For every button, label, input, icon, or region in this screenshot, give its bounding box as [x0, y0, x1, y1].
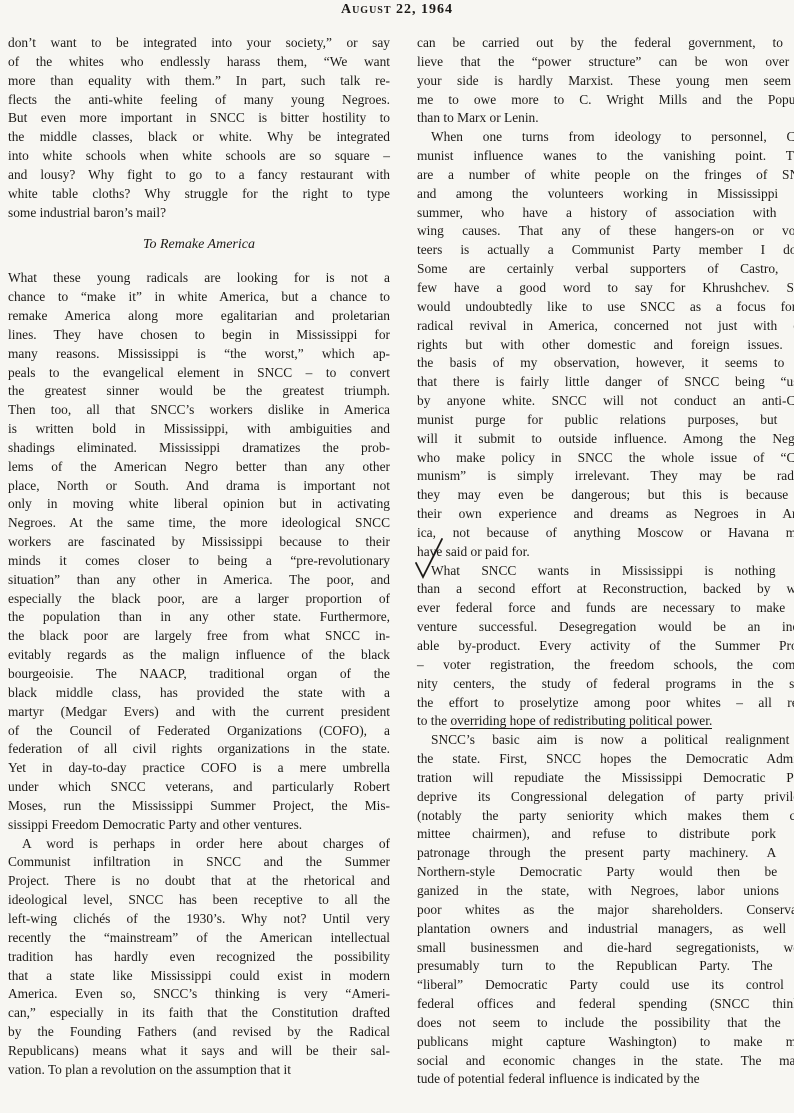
text-line: “liberal” Democratic Party could use its…: [417, 976, 794, 995]
text-line: few have a good word to say for Khrushch…: [417, 279, 794, 298]
text-line: remake America along more egalitarian an…: [8, 307, 390, 326]
text-line: peals to the evangelical element in SNCC…: [8, 364, 390, 383]
text-line: of the Council of Federated Organization…: [8, 722, 390, 741]
paragraph: What these young radicals are looking fo…: [8, 269, 390, 834]
text-line: social and economic changes in the state…: [417, 1052, 794, 1071]
text-line: they may even be dangerous; but this is …: [417, 486, 794, 505]
text-line: does not seem to include the possibility…: [417, 1014, 794, 1033]
text-line: vation. To plan a revolution on the assu…: [8, 1061, 390, 1080]
text-line: than a second effort at Reconstruction, …: [417, 580, 794, 599]
handwritten-check-mark-icon: [414, 537, 444, 579]
text-line: shadings eliminated. Mississippi dramati…: [8, 439, 390, 458]
text-line: white table cloths? Why struggle for the…: [8, 185, 390, 204]
text-line: martyr (Medgar Evers) and with the curre…: [8, 703, 390, 722]
text-line: What these young radicals are looking fo…: [8, 269, 390, 288]
text-line: will it submit to outside influence. Amo…: [417, 430, 794, 449]
text-line: is written bold in Mississippi, with amb…: [8, 420, 390, 439]
text-line: presumably turn to the Republican Party.…: [417, 957, 794, 976]
paragraph: A word is perhaps in order here about ch…: [8, 835, 390, 1080]
text-line: Yet in day-to-day practice COFO is a mer…: [8, 759, 390, 778]
text-line: can be carried out by the federal govern…: [417, 34, 794, 53]
text-line: many reasons. Mississippi is “the worst,…: [8, 345, 390, 364]
text-line: situation” than any other in America. Th…: [8, 571, 390, 590]
text-line: minds it comes closer to being a “pre-re…: [8, 552, 390, 571]
text-line: and lousy? Why fight to go to a fancy re…: [8, 166, 390, 185]
text-line: What SNCC wants in Mississippi is nothin…: [417, 562, 794, 581]
text-line: the effort to proselytize among poor whi…: [417, 694, 794, 713]
text-line: the population than in any other state. …: [8, 608, 390, 627]
text-line: When one turns from ideology to personne…: [417, 128, 794, 147]
text-line: have said or paid for.: [417, 543, 794, 562]
text-line: some industrial baron’s mail?: [8, 204, 390, 223]
text-line: small businessmen and die-hard segregati…: [417, 939, 794, 958]
text-line: Communist infiltration in SNCC and the S…: [8, 853, 390, 872]
text-line: only in moving white liberal opinion but…: [8, 495, 390, 514]
text-line: can,” especially in its faith that the C…: [8, 1004, 390, 1023]
text-line: deprive its Congressional delegation of …: [417, 788, 794, 807]
text-line: tradition has hardly even recognized the…: [8, 948, 390, 967]
text-line: sissippi Freedom Democratic Party and ot…: [8, 816, 390, 835]
text-line: Northern-style Democratic Party would th…: [417, 863, 794, 882]
text-line: flects the anti-white feeling of many yo…: [8, 91, 390, 110]
text-line: ideological level, SNCC has been recepti…: [8, 891, 390, 910]
text-line: poor whites as the major shareholders. C…: [417, 901, 794, 920]
text-line: your side is hardly Marxist. These young…: [417, 72, 794, 91]
text-line: tration will repudiate the Mississippi D…: [417, 769, 794, 788]
text-line: the black poor are largely free from wha…: [8, 627, 390, 646]
text-line: who make policy in SNCC the whole issue …: [417, 449, 794, 468]
text-line: America. Even so, SNCC’s thinking is ver…: [8, 985, 390, 1004]
text-line: ica, not because of anything Moscow or H…: [417, 524, 794, 543]
paragraph: When one turns from ideology to personne…: [417, 128, 794, 561]
text-line: Then too, all that SNCC’s workers dislik…: [8, 401, 390, 420]
text-line: workers are fascinated by Mississippi be…: [8, 533, 390, 552]
text-line: Some are certainly verbal supporters of …: [417, 260, 794, 279]
text-line: federation of all civil rights organizat…: [8, 740, 390, 759]
text-line: place, North or South. And drama is impo…: [8, 477, 390, 496]
text-line: to the overriding hope of redistributing…: [417, 712, 794, 731]
text-line: rights but with other domestic and forei…: [417, 336, 794, 355]
text-line: mittee chairmen), and refuse to distribu…: [417, 825, 794, 844]
text-line: Project. There is no doubt that at the r…: [8, 872, 390, 891]
paragraph: can be carried out by the federal govern…: [417, 34, 794, 128]
text-line: venture successful. Desegregation would …: [417, 618, 794, 637]
text-line: lems of the American Negro better than a…: [8, 458, 390, 477]
text-line: than to Marx or Lenin.: [417, 109, 794, 128]
text-line: munist influence wanes to the vanishing …: [417, 147, 794, 166]
underlined-text: overriding hope of redistributing politi…: [450, 713, 712, 729]
text-line: are a number of white people on the frin…: [417, 166, 794, 185]
paragraph: SNCC’s basic aim is now a political real…: [417, 731, 794, 1089]
running-head: August 22, 1964: [0, 2, 794, 18]
text-line: radical revival in America, concerned no…: [417, 317, 794, 336]
text-line: A word is perhaps in order here about ch…: [8, 835, 390, 854]
text-line: munism” is simply irrelevant. They may b…: [417, 467, 794, 486]
text-line: (notably the party seniority which makes…: [417, 807, 794, 826]
text-line: of the whites who endlessly harass them,…: [8, 53, 390, 72]
text-line: publicans might capture Washington) to m…: [417, 1033, 794, 1052]
text-line: Republicans) means what it says and will…: [8, 1042, 390, 1061]
text-line: me to owe more to C. Wright Mills and th…: [417, 91, 794, 110]
text-line: But even more important in SNCC is bitte…: [8, 109, 390, 128]
text-line: don’t want to be integrated into your so…: [8, 34, 390, 53]
text-line: and among the volunteers working in Miss…: [417, 185, 794, 204]
text-line: that there is fairly little danger of SN…: [417, 373, 794, 392]
text-line: summer, who have a history of associatio…: [417, 204, 794, 223]
text-line: SNCC’s basic aim is now a political real…: [417, 731, 794, 750]
text-line: – voter registration, the freedom school…: [417, 656, 794, 675]
section-subheading: To Remake America: [8, 236, 390, 255]
text-line: plantation owners and industrial manager…: [417, 920, 794, 939]
text-line: the state. First, SNCC hopes the Democra…: [417, 750, 794, 769]
text-line: munist purge for public relations purpos…: [417, 411, 794, 430]
text-line: by anyone white. SNCC will not conduct a…: [417, 392, 794, 411]
text-line: especially the black poor, are a larger …: [8, 590, 390, 609]
text-line: more than equality with them.” In part, …: [8, 72, 390, 91]
text-line: by the Founding Fathers (and revised by …: [8, 1023, 390, 1042]
paragraph: don’t want to be integrated into your so…: [8, 34, 390, 222]
text-line: left-wing clichés of the 1930’s. Why not…: [8, 910, 390, 929]
text-line: lieve that the “power structure” can be …: [417, 53, 794, 72]
text-line: under which SNCC veterans, and particula…: [8, 778, 390, 797]
text-line: their own experience and dreams as Negro…: [417, 505, 794, 524]
left-column: don’t want to be integrated into your so…: [8, 34, 390, 1080]
text-line: evitably regards as the malign influence…: [8, 646, 390, 665]
text-line: into white schools when white schools ar…: [8, 147, 390, 166]
text-line: federal offices and federal spending (SN…: [417, 995, 794, 1014]
text-line: bourgeoisie. The NAACP, traditional orga…: [8, 665, 390, 684]
text-line: Moses, run the Mississippi Summer Projec…: [8, 797, 390, 816]
text-line: would undoubtedly like to use SNCC as a …: [417, 298, 794, 317]
text-line: tude of potential federal influence is i…: [417, 1070, 794, 1089]
text-line: the greatest sinner would be the greates…: [8, 382, 390, 401]
text-line: black middle class, has provided the sta…: [8, 684, 390, 703]
text-line: the basis of my observation, however, it…: [417, 354, 794, 373]
text-line: lines. They have chosen to begin in Miss…: [8, 326, 390, 345]
paragraph: What SNCC wants in Mississippi is nothin…: [417, 562, 794, 732]
text-line: Negroes. At the same time, the more ideo…: [8, 514, 390, 533]
right-column: can be carried out by the federal govern…: [417, 34, 794, 1089]
text-line: wing causes. That any of these hangers-o…: [417, 222, 794, 241]
text-line: recently the “mainstream” of the America…: [8, 929, 390, 948]
text-line: teers is actually a Communist Party memb…: [417, 241, 794, 260]
text-line: patronage through the present party mach…: [417, 844, 794, 863]
text-line: ever federal force and funds are necessa…: [417, 599, 794, 618]
text-line: nity centers, the study of federal progr…: [417, 675, 794, 694]
text-line: ganized in the state, with Negroes, labo…: [417, 882, 794, 901]
text-line: that a state like Mississippi could exis…: [8, 967, 390, 986]
text-line: able by-product. Every activity of the S…: [417, 637, 794, 656]
text-line: chance to “make it” in white America, bu…: [8, 288, 390, 307]
text-line: the middle classes, black or white. Why …: [8, 128, 390, 147]
